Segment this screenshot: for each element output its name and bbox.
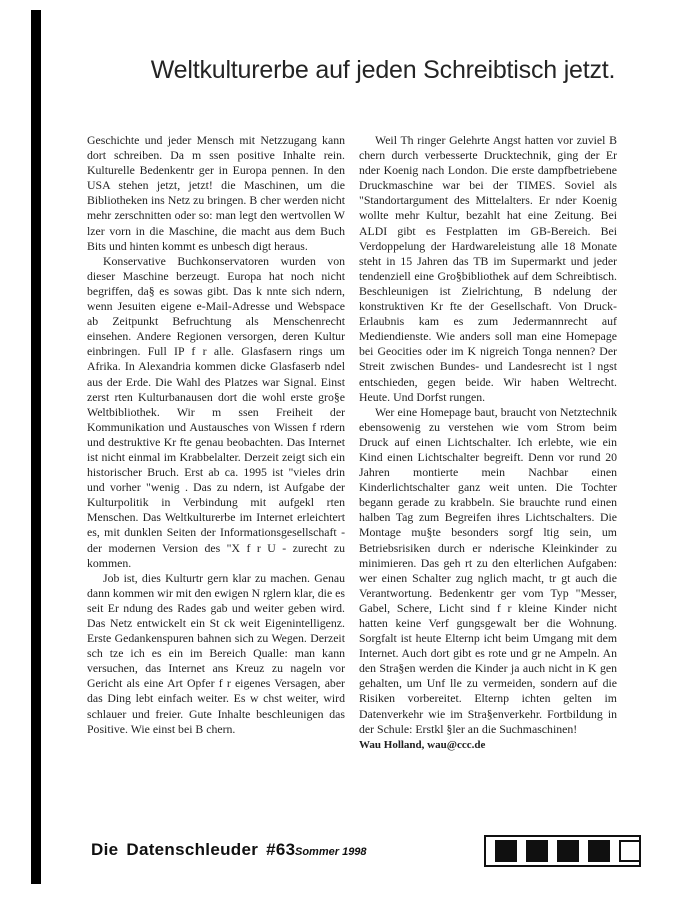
footer-issue-date: Sommer 1998 [295, 846, 367, 858]
spine-bar [31, 10, 41, 884]
paragraph: Job ist, dies Kulturtr gern klar zu mach… [87, 571, 345, 737]
paragraph: Konservative Buchkonservatoren wurden vo… [87, 254, 345, 571]
filled-square-icon [557, 840, 579, 862]
article-column-right: Weil Th ringer Gelehrte Angst hatten vor… [359, 133, 617, 752]
paragraph: Geschichte und jeder Mensch mit Netzzuga… [87, 133, 345, 254]
article-byline: Wau Holland, wau@ccc.de [359, 738, 617, 752]
article-body: Geschichte und jeder Mensch mit Netzzuga… [87, 133, 617, 752]
paragraph: Wer eine Homepage baut, braucht von Netz… [359, 405, 617, 737]
paragraph: Weil Th ringer Gelehrte Angst hatten vor… [359, 133, 617, 405]
filled-square-icon [588, 840, 610, 862]
article-column-left: Geschichte und jeder Mensch mit Netzzuga… [87, 133, 345, 752]
issue-progress-squares [484, 835, 641, 867]
footer-publication: Die Datenschleuder #63 [91, 840, 295, 860]
filled-square-icon [495, 840, 517, 862]
article-column-right-paragraphs: Weil Th ringer Gelehrte Angst hatten vor… [359, 133, 617, 737]
filled-square-icon [526, 840, 548, 862]
outlined-square-icon [619, 840, 641, 862]
page-title: Weltkulturerbe auf jeden Schreibtisch je… [0, 56, 700, 85]
scanned-magazine-page: Weltkulturerbe auf jeden Schreibtisch je… [0, 0, 700, 906]
